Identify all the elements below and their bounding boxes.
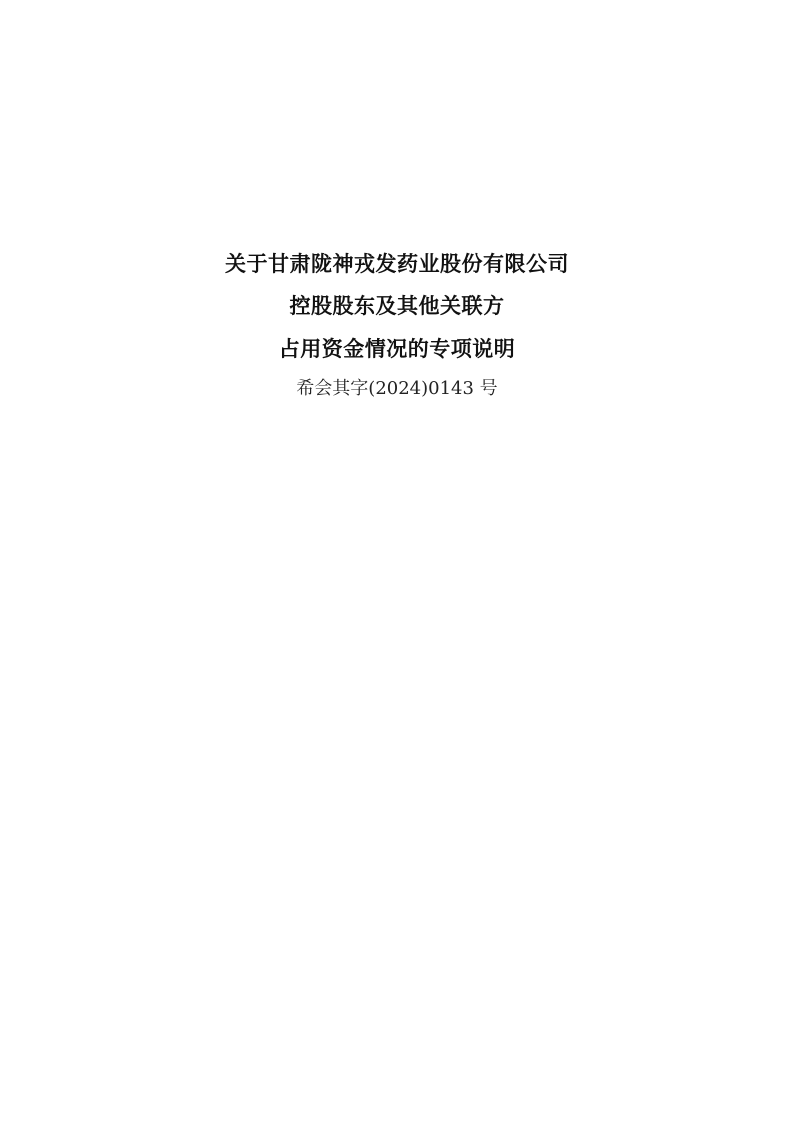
title-line-company: 关于甘肃陇神戎发药业股份有限公司 [0,254,794,275]
cover-title-block: 关于甘肃陇神戎发药业股份有限公司 控股股东及其他关联方 占用资金情况的专项说明 … [0,254,794,398]
document-page: 关于甘肃陇神戎发药业股份有限公司 控股股东及其他关联方 占用资金情况的专项说明 … [0,0,794,1122]
title-line-subject: 控股股东及其他关联方 [0,296,794,317]
title-line-description: 占用资金情况的专项说明 [0,339,794,360]
document-number: 希会其字(2024)0143 号 [0,380,794,398]
